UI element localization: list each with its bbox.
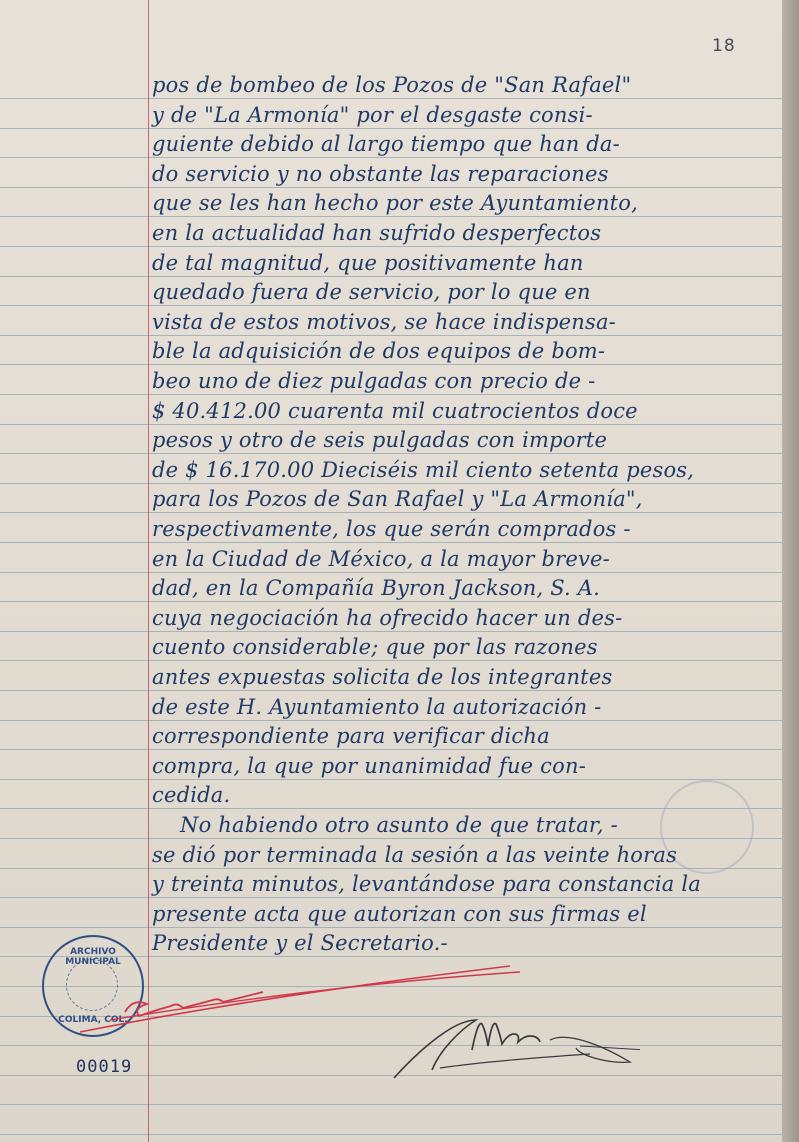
text-line: Presidente y el Secretario.- xyxy=(152,928,448,958)
text-line: guiente debido al largo tiempo que han d… xyxy=(152,129,620,159)
text-line: compra, la que por unanimidad fue con- xyxy=(152,751,586,781)
text-line: ble la adquisición de dos equipos de bom… xyxy=(152,336,605,366)
page-edge xyxy=(782,0,799,1142)
text-line: pos de bombeo de los Pozos de "San Rafae… xyxy=(152,70,631,100)
text-line: y de "La Armonía" por el desgaste consi- xyxy=(152,100,593,130)
text-line: se dió por terminada la sesión a las vei… xyxy=(152,840,677,870)
text-line: cuento considerable; que por las razones xyxy=(152,632,598,662)
text-line: correspondiente para verificar dicha xyxy=(152,721,550,751)
ruled-line xyxy=(0,1134,782,1135)
page-number: 18 xyxy=(712,36,736,56)
text-line: $ 40.412.00 cuarenta mil cuatrocientos d… xyxy=(152,396,638,426)
text-line: cuya negociación ha ofrecido hacer un de… xyxy=(152,603,622,633)
text-line: en la Ciudad de México, a la mayor breve… xyxy=(152,544,610,574)
folio-number: 00019 xyxy=(76,1057,132,1077)
text-line: beo uno de diez pulgadas con precio de - xyxy=(152,366,595,396)
text-line: No habiendo otro asunto de que tratar, - xyxy=(180,810,618,840)
signature-icon xyxy=(380,990,640,1080)
text-line: antes expuestas solicita de los integran… xyxy=(152,662,612,692)
text-line: vista de estos motivos, se hace indispen… xyxy=(152,307,616,337)
text-line: cedida. xyxy=(152,780,230,810)
text-line: en la actualidad han sufrido desperfecto… xyxy=(152,218,601,248)
text-line: do servicio y no obstante las reparacion… xyxy=(152,159,609,189)
document-page: 18 pos de bombeo de los Pozos de "San Ra… xyxy=(0,0,782,1142)
text-line: de $ 16.170.00 Dieciséis mil ciento sete… xyxy=(152,455,694,485)
text-line: respectivamente, los que serán comprados… xyxy=(152,514,631,544)
text-line: presente acta que autorizan con sus firm… xyxy=(152,899,647,929)
text-line: de este H. Ayuntamiento la autorización … xyxy=(152,692,601,722)
text-line: de tal magnitud, que positivamente han xyxy=(152,248,584,278)
text-line: que se les han hecho por este Ayuntamien… xyxy=(152,188,638,218)
text-line: dad, en la Compañía Byron Jackson, S. A. xyxy=(152,573,600,603)
text-line: y treinta minutos, levantándose para con… xyxy=(152,869,701,899)
text-line: pesos y otro de seis pulgadas con import… xyxy=(152,425,607,455)
text-line: quedado fuera de servicio, por lo que en xyxy=(152,277,591,307)
text-line: para los Pozos de San Rafael y "La Armon… xyxy=(152,484,643,514)
ruled-line xyxy=(0,1104,782,1105)
